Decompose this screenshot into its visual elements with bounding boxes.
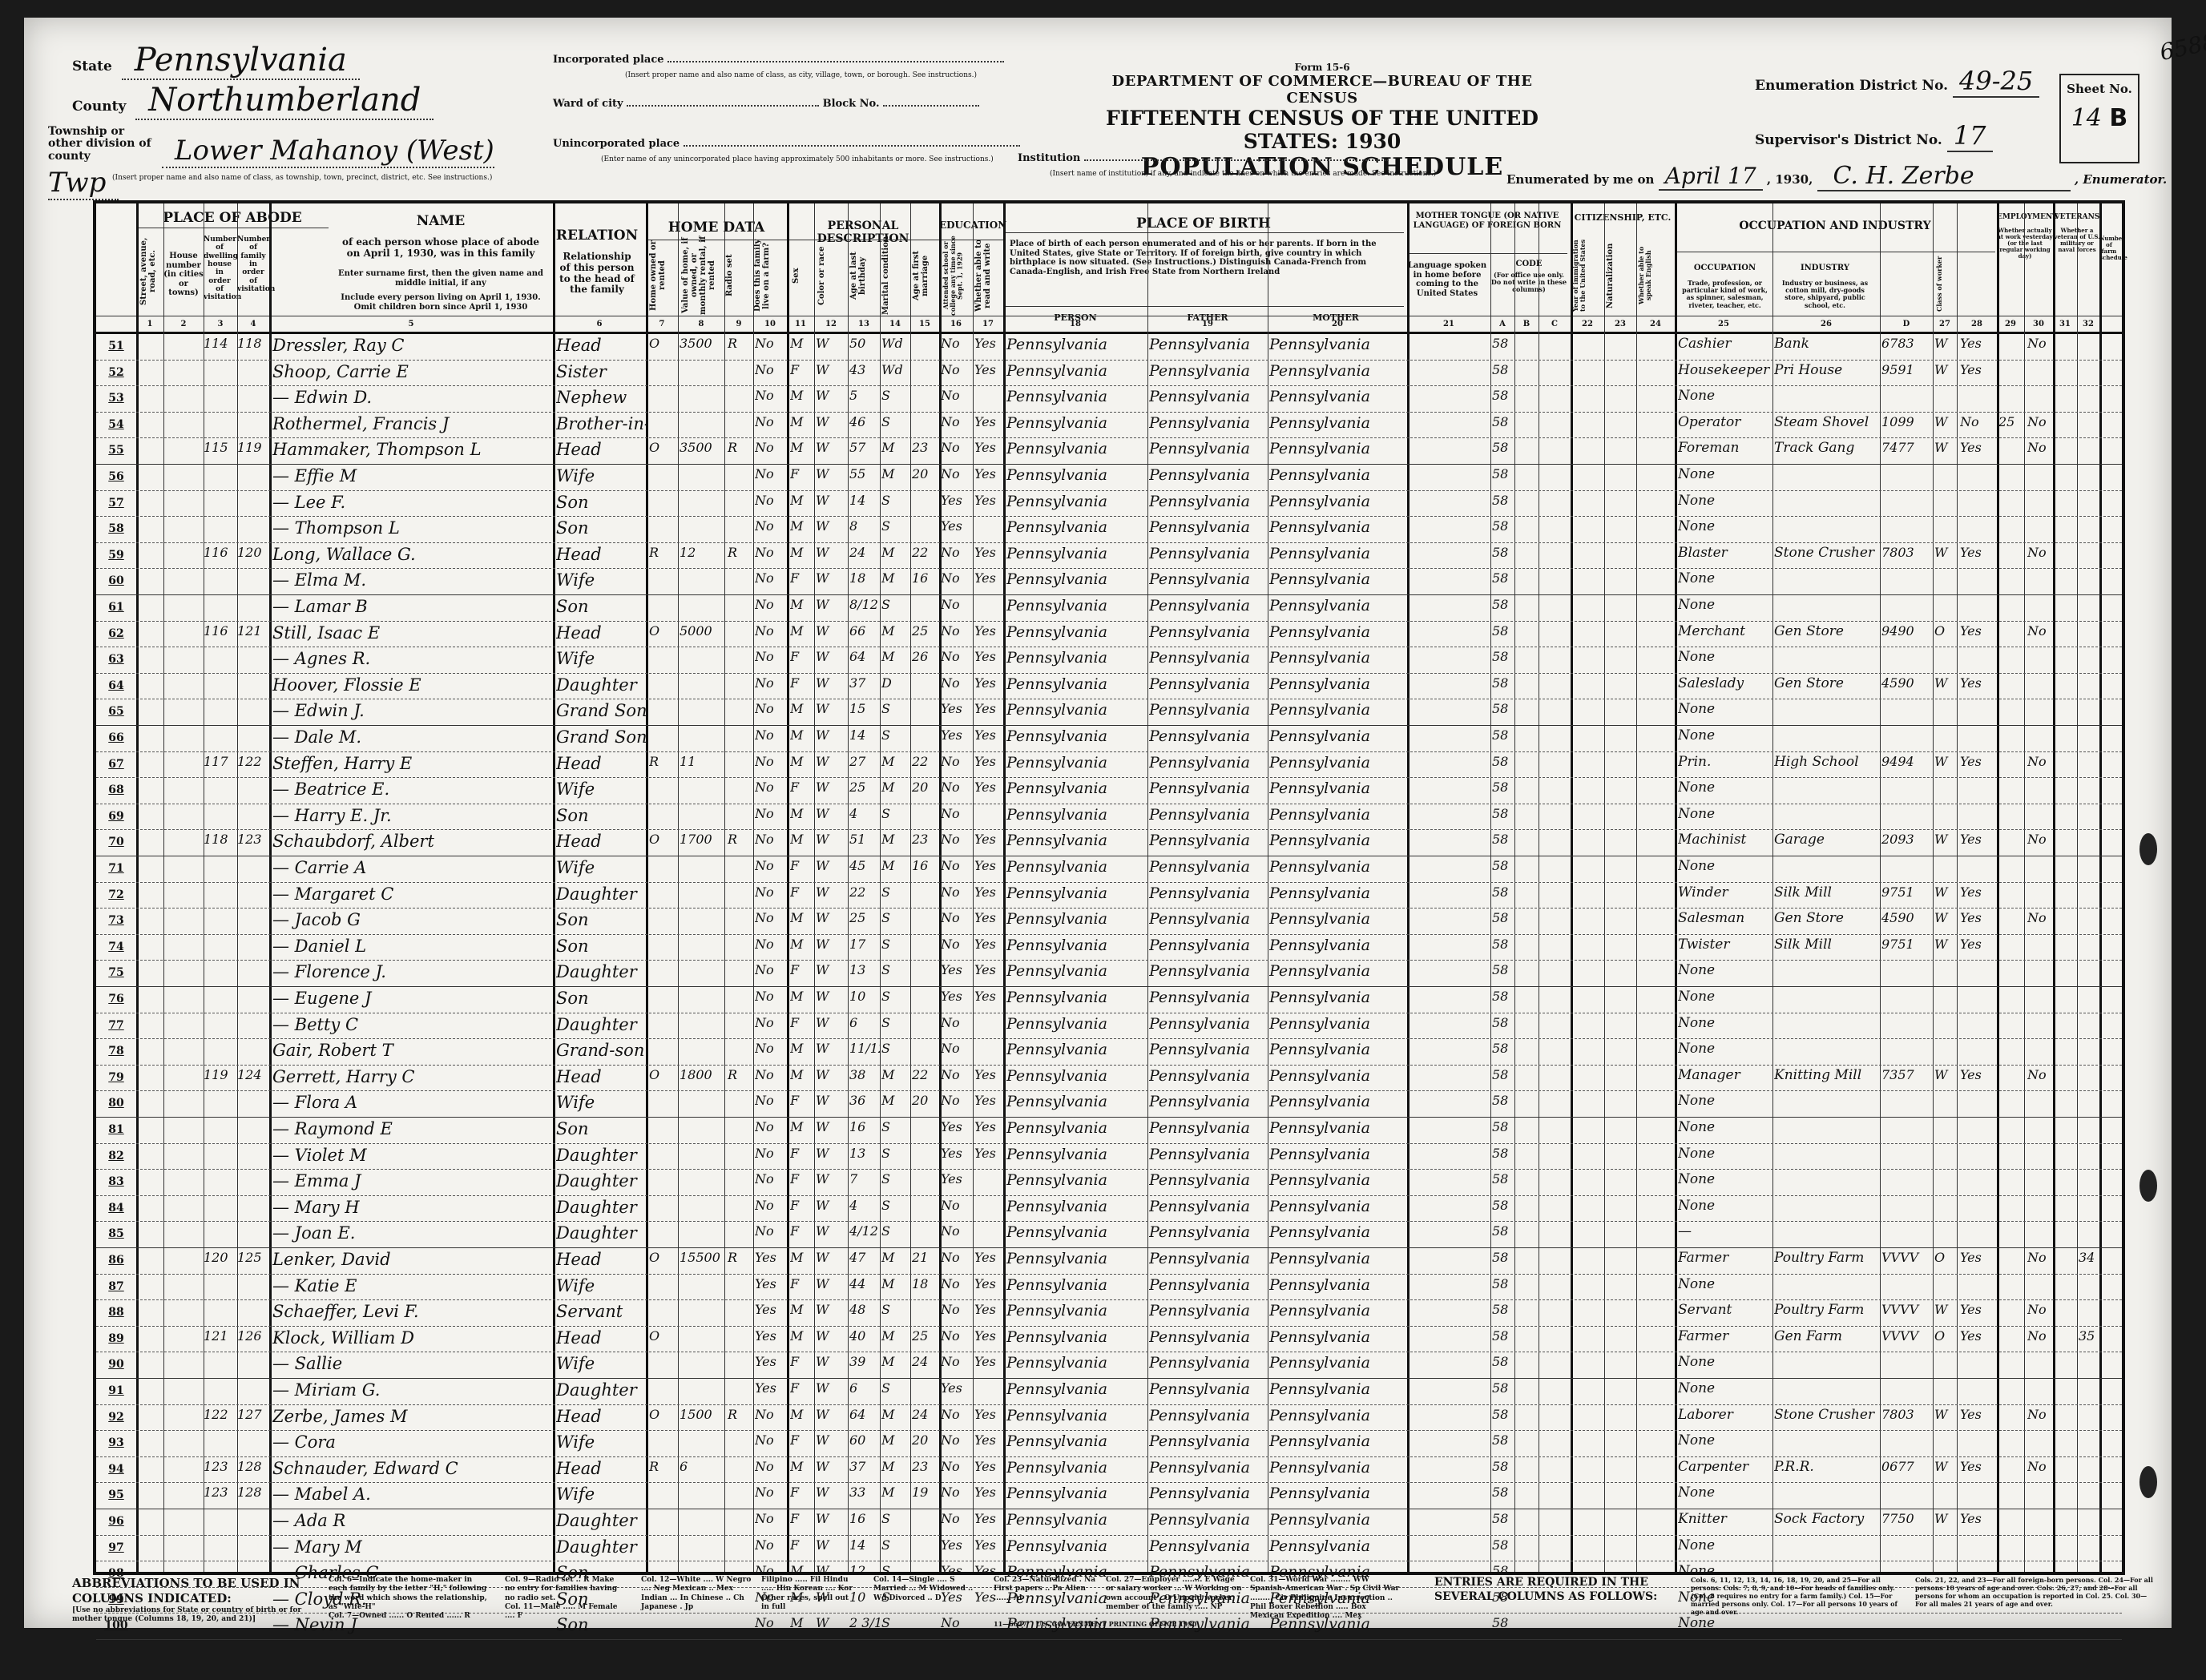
line-number: 85: [99, 1227, 133, 1240]
cell-father: Pennsylvania: [1149, 466, 1268, 484]
cell-age: 4: [849, 1198, 880, 1213]
cell-father: Pennsylvania: [1149, 858, 1268, 876]
cell-race: W: [816, 1380, 846, 1396]
column-number: 9: [724, 320, 753, 328]
cell-race: W: [816, 545, 846, 560]
cell-relation: Son: [556, 910, 646, 929]
cell-relation: Head: [556, 1067, 646, 1086]
cell-birth: Pennsylvania: [1006, 806, 1147, 824]
cell-marital: M: [881, 1459, 910, 1474]
cell-mother: Pennsylvania: [1269, 832, 1405, 849]
cell-industry: Bank: [1774, 336, 1880, 352]
column-number: 26: [1772, 320, 1880, 328]
cell-age: 14: [849, 727, 880, 743]
cell-farm: No: [755, 362, 787, 377]
cell-occupation: Prin.: [1678, 754, 1772, 770]
cell-age: 17: [849, 937, 880, 952]
cell-work: Yes: [1960, 1302, 1995, 1317]
industry-desc: Industry or business, as cotton mill, dr…: [1775, 280, 1875, 309]
supervisor-label: Supervisor's District No.: [1755, 132, 1942, 148]
cell-age-mar: 20: [912, 1432, 939, 1448]
cell-sex: M: [790, 701, 814, 716]
cell-age: 14: [849, 1537, 880, 1553]
cell-marital: S: [881, 1119, 910, 1134]
table-row: 83— Emma JDaughterNoFW7SYesPennsylvaniaP…: [96, 1169, 2122, 1196]
cell-sex: M: [790, 1459, 814, 1474]
township-note: (Insert proper name and also name of cla…: [112, 174, 492, 182]
cell-birth: Pennsylvania: [1006, 754, 1147, 772]
cell-farm: Yes: [755, 1354, 787, 1369]
cell-birth: Pennsylvania: [1006, 1537, 1147, 1555]
stamp-number: 6588: [2157, 28, 2206, 66]
cell-race: W: [816, 1067, 846, 1082]
cell-age-mar: 22: [912, 545, 939, 560]
cell-race: W: [816, 1171, 846, 1186]
cell-name: — Ada R: [272, 1511, 553, 1530]
column-number: 31: [2053, 320, 2077, 328]
cell-father: Pennsylvania: [1149, 1354, 1268, 1372]
cell-class: W: [1934, 675, 1957, 691]
cell-relation: Head: [556, 832, 646, 851]
column-number: 16: [939, 320, 973, 328]
cell-sex: M: [790, 937, 814, 952]
line-number: 87: [99, 1280, 133, 1293]
cell-marital: S: [881, 388, 910, 403]
table-row: 88Schaeffer, Levi F.ServantYesMW48SNoYes…: [96, 1299, 2122, 1327]
cell-code-a: 58: [1492, 858, 1514, 873]
cell-read: Yes: [974, 1328, 1003, 1344]
cell-occupation: Carpenter: [1678, 1459, 1772, 1475]
line-number: 88: [99, 1306, 133, 1319]
cell-father: Pennsylvania: [1149, 962, 1268, 980]
cell-school: No: [941, 649, 973, 664]
cell-marital: S: [881, 727, 910, 743]
cell-code-a: 58: [1492, 1407, 1514, 1422]
cell-vet: No: [2027, 1407, 2051, 1422]
print-code: 11—6627: [994, 1620, 1026, 1628]
line-number: 94: [99, 1463, 133, 1476]
group-occupation-industry: OCCUPATION AND INDUSTRY: [1675, 220, 1995, 232]
cell-occ-code: 7750: [1881, 1511, 1933, 1526]
cell-code-a: 58: [1492, 1015, 1514, 1030]
col-race: Color or race: [817, 236, 841, 316]
cell-mother: Pennsylvania: [1269, 1119, 1405, 1137]
cell-birth: Pennsylvania: [1006, 884, 1147, 902]
cell-name: — Cora: [272, 1432, 553, 1452]
cell-age: 8/12: [849, 597, 880, 612]
column-number: 6: [553, 320, 646, 328]
cell-birth: Pennsylvania: [1006, 1276, 1147, 1294]
cell-sex: M: [790, 1067, 814, 1082]
cell-marital: M: [881, 623, 910, 639]
cell-age: 51: [849, 832, 880, 847]
cell-farm: No: [755, 1146, 787, 1161]
cell-race: W: [816, 1511, 846, 1526]
cell-relation: Head: [556, 623, 646, 643]
cell-sex: F: [790, 1537, 814, 1553]
cell-sex: M: [790, 623, 814, 639]
table-row: 73— Jacob GSonNoMW25SNoYesPennsylvaniaPe…: [96, 908, 2122, 935]
cell-mother: Pennsylvania: [1269, 440, 1405, 457]
tongue-code: CODE: [1490, 260, 1567, 269]
table-row: 82— Violet MDaughterNoFW13SYesYesPennsyl…: [96, 1143, 2122, 1170]
department-title: DEPARTMENT OF COMMERCE—BUREAU OF THE CEN…: [1074, 73, 1571, 107]
cell-code-a: 58: [1492, 754, 1514, 769]
line-number: 65: [99, 705, 133, 718]
cell-marital: M: [881, 858, 910, 873]
cell-mother: Pennsylvania: [1269, 806, 1405, 824]
cell-occupation: None: [1678, 1093, 1772, 1109]
cell-radio: R: [728, 832, 752, 847]
cell-age: 16: [849, 1119, 880, 1134]
cell-marital: M: [881, 1250, 910, 1265]
cell-owned: O: [649, 832, 676, 847]
cell-mother: Pennsylvania: [1269, 727, 1405, 745]
cell-occupation: None: [1678, 701, 1772, 717]
cell-farm: Yes: [755, 1276, 787, 1291]
cell-school: No: [941, 570, 973, 586]
cell-dwelling: 114: [204, 336, 237, 351]
abbrev-col31: Col. 31—World War ........ WW Spanish-Am…: [1250, 1576, 1402, 1621]
cell-occupation: None: [1678, 858, 1772, 874]
cell-occ-code: 7803: [1881, 545, 1933, 560]
cell-occupation: None: [1678, 1432, 1772, 1448]
cell-sex: M: [790, 989, 814, 1004]
cell-relation: Head: [556, 336, 646, 355]
cell-father: Pennsylvania: [1149, 545, 1268, 562]
cell-birth: Pennsylvania: [1006, 1223, 1147, 1241]
cell-marital: Wd: [881, 336, 910, 351]
column-number: 17: [973, 320, 1003, 328]
binder-hole: [2139, 1170, 2157, 1202]
cell-relation: Son: [556, 989, 646, 1008]
cell-read: Yes: [974, 754, 1003, 769]
abbrev-col12: Col. 12—White .... W Negro .... Neg Mexi…: [641, 1576, 753, 1612]
cell-occupation: Saleslady: [1678, 675, 1772, 691]
cell-name: — Mary M: [272, 1537, 553, 1557]
cell-occ-code: 7357: [1881, 1067, 1933, 1082]
cell-code-a: 58: [1492, 623, 1514, 639]
supervisor-field: Supervisor's District No. 17: [1755, 120, 1993, 151]
line-number: 61: [99, 601, 133, 614]
cell-father: Pennsylvania: [1149, 832, 1268, 849]
cell-industry: Gen Store: [1774, 623, 1880, 639]
population-schedule-table: PLACE OF ABODE NAME of each person whose…: [93, 200, 2125, 1575]
cell-age: 64: [849, 649, 880, 664]
cell-class: W: [1934, 884, 1957, 900]
tongue-code-desc: (For office use only. Do not write in th…: [1490, 272, 1567, 294]
cell-relation: Wife: [556, 1354, 646, 1373]
cell-school: No: [941, 675, 973, 691]
cell-vet: No: [2027, 832, 2051, 847]
cell-family: 128: [237, 1485, 269, 1500]
cell-marital: S: [881, 518, 910, 534]
cell-birth: Pennsylvania: [1006, 1407, 1147, 1424]
column-number: 21: [1407, 320, 1490, 328]
cell-code-a: 58: [1492, 1302, 1514, 1317]
cell-mother: Pennsylvania: [1269, 493, 1405, 510]
line-number: 84: [99, 1202, 133, 1215]
cell-father: Pennsylvania: [1149, 362, 1268, 380]
cell-name: — Lee F.: [272, 493, 553, 512]
cell-mother: Pennsylvania: [1269, 649, 1405, 667]
cell-age: 8: [849, 518, 880, 534]
table-row: 66— Dale M.Grand SonNoMW14SYesYesPennsyl…: [96, 725, 2122, 752]
cell-owned: O: [649, 1067, 676, 1082]
column-number: 13: [848, 320, 880, 328]
cell-age: 18: [849, 570, 880, 586]
cell-birth: Pennsylvania: [1006, 1119, 1147, 1137]
cell-father: Pennsylvania: [1149, 1302, 1268, 1319]
cell-read: Yes: [974, 858, 1003, 873]
cell-family: 121: [237, 623, 269, 639]
cell-race: W: [816, 1432, 846, 1448]
cell-dwelling: 120: [204, 1250, 237, 1265]
cell-relation: Son: [556, 493, 646, 512]
cell-marital: M: [881, 466, 910, 481]
cell-code-a: 58: [1492, 910, 1514, 925]
cell-school: Yes: [941, 1380, 973, 1396]
cell-dwelling: 115: [204, 440, 237, 455]
line-number: 71: [99, 862, 133, 875]
enum-district-field: Enumeration District No. 49-25: [1755, 66, 2039, 96]
line-number: 73: [99, 914, 133, 927]
cell-value: 1700: [680, 832, 724, 847]
cell-father: Pennsylvania: [1149, 780, 1268, 797]
column-number: 25: [1675, 320, 1772, 328]
cell-farm: No: [755, 858, 787, 873]
cell-sex: M: [790, 727, 814, 743]
col-family: Number of family in order of visitation: [237, 236, 269, 293]
name-desc2: Enter surname first, then the given name…: [337, 269, 545, 288]
cell-sex: M: [790, 806, 814, 821]
cell-class: O: [1934, 1328, 1957, 1344]
col-school: Attended school or college any time sinc…: [942, 236, 971, 316]
cell-dwelling: 123: [204, 1485, 237, 1500]
cell-work: Yes: [1960, 1250, 1995, 1265]
cell-mother: Pennsylvania: [1269, 336, 1405, 353]
cell-age: 33: [849, 1485, 880, 1500]
cell-school: Yes: [941, 962, 973, 977]
cell-race: W: [816, 336, 846, 351]
col-occupation: OCCUPATION: [1679, 264, 1771, 273]
line-number: 92: [99, 1411, 133, 1424]
cell-code-a: 58: [1492, 1459, 1514, 1474]
table-row: 52Shoop, Carrie ESisterNoFW43WdNoYesPenn…: [96, 360, 2122, 387]
cell-class: W: [1934, 832, 1957, 847]
cell-age: 22: [849, 884, 880, 900]
col-english: Whether able to speak English: [1638, 236, 1667, 316]
cell-school: Yes: [941, 1119, 973, 1134]
cell-code-a: 58: [1492, 962, 1514, 977]
cell-occupation: Cashier: [1678, 336, 1772, 352]
cell-read: Yes: [974, 1511, 1003, 1526]
cell-sex: M: [790, 1328, 814, 1344]
cell-school: No: [941, 1407, 973, 1422]
cell-father: Pennsylvania: [1149, 1537, 1268, 1555]
cell-family: 118: [237, 336, 269, 351]
group-citizenship: CITIZENSHIP, ETC.: [1571, 213, 1675, 224]
cell-marital: S: [881, 806, 910, 821]
cell-birth: Pennsylvania: [1006, 1171, 1147, 1189]
cell-vet: No: [2027, 1459, 2051, 1474]
cell-farm: No: [755, 518, 787, 534]
cell-relation: Son: [556, 597, 646, 616]
cell-farm: No: [755, 493, 787, 508]
cell-name: Schaeffer, Levi F.: [272, 1302, 553, 1321]
cell-school: No: [941, 545, 973, 560]
cell-name: Steffen, Harry E: [272, 754, 553, 773]
table-row: 61— Lamar BSonNoMW8/12SNoPennsylvaniaPen…: [96, 594, 2122, 622]
cell-name: — Emma J: [272, 1171, 553, 1191]
cell-name: Shoop, Carrie E: [272, 362, 553, 381]
cell-dwelling: 116: [204, 623, 237, 639]
cell-occupation: None: [1678, 570, 1772, 586]
cell-sex: F: [790, 1146, 814, 1161]
cell-age: 60: [849, 1432, 880, 1448]
table-row: 71— Carrie AWifeNoFW45M16NoYesPennsylvan…: [96, 856, 2122, 883]
cell-owned: O: [649, 1250, 676, 1265]
cell-relation: Wife: [556, 858, 646, 877]
entries-rules-2: Cols. 21, 22, and 23—For all foreign-bor…: [1915, 1576, 2156, 1608]
cell-farm-sched: 34: [2079, 1250, 2099, 1265]
cell-marital: M: [881, 754, 910, 769]
cell-sex: F: [790, 1015, 814, 1030]
cell-age: 6: [849, 1380, 880, 1396]
cell-occ-code: VVVV: [1881, 1302, 1933, 1317]
line-number: 67: [99, 758, 133, 771]
cell-school: No: [941, 414, 973, 429]
cell-father: Pennsylvania: [1149, 1459, 1268, 1477]
cell-occupation: Farmer: [1678, 1328, 1772, 1344]
cell-farm: No: [755, 1511, 787, 1526]
cell-sex: F: [790, 570, 814, 586]
line-number: 86: [99, 1254, 133, 1267]
enumerator-label: , Enumerator.: [2075, 172, 2167, 187]
cell-mother: Pennsylvania: [1269, 1485, 1405, 1502]
cell-code-a: 58: [1492, 597, 1514, 612]
cell-marital: M: [881, 1093, 910, 1108]
incorporated-note: (Insert proper name and also name of cla…: [625, 71, 977, 79]
cell-sex: F: [790, 362, 814, 377]
cell-birth: Pennsylvania: [1006, 1328, 1147, 1346]
printer-line: U.S. GOVERNMENT PRINTING OFFICE 1930: [1036, 1620, 1197, 1628]
cell-farm: No: [755, 884, 787, 900]
cell-farm: No: [755, 466, 787, 481]
cell-occ-code: 9591: [1881, 362, 1933, 377]
cell-race: W: [816, 910, 846, 925]
cell-father: Pennsylvania: [1149, 1093, 1268, 1110]
cell-school: No: [941, 440, 973, 455]
institution-field: Institution: [1018, 152, 1389, 164]
cell-read: Yes: [974, 493, 1003, 508]
cell-age-mar: 25: [912, 623, 939, 639]
col-age: Age at last birthday: [849, 236, 873, 316]
col-naturalization: Naturalization: [1606, 236, 1630, 316]
cell-school: No: [941, 623, 973, 639]
cell-mother: Pennsylvania: [1269, 1276, 1405, 1294]
cell-name: — Lamar B: [272, 597, 553, 616]
col-read-write: Whether able to read and write: [974, 236, 998, 316]
cell-name: — Mabel A.: [272, 1485, 553, 1504]
cell-age-mar: 16: [912, 858, 939, 873]
cell-birth: Pennsylvania: [1006, 1015, 1147, 1033]
cell-relation: Son: [556, 1119, 646, 1138]
cell-name: Long, Wallace G.: [272, 545, 553, 564]
cell-read: Yes: [974, 336, 1003, 351]
cell-age-mar: 23: [912, 832, 939, 847]
cell-school: No: [941, 1511, 973, 1526]
cell-industry: Garage: [1774, 832, 1880, 848]
cell-school: No: [941, 832, 973, 847]
cell-farm: No: [755, 962, 787, 977]
cell-age: 27: [849, 754, 880, 769]
cell-birth: Pennsylvania: [1006, 1380, 1147, 1398]
cell-age: 4: [849, 806, 880, 821]
cell-code-a: 58: [1492, 1485, 1514, 1500]
cell-race: W: [816, 1407, 846, 1422]
cell-relation: Grand Son: [556, 727, 646, 747]
cell-industry: Silk Mill: [1774, 884, 1880, 900]
cell-occupation: None: [1678, 780, 1772, 796]
line-number: 91: [99, 1384, 133, 1397]
cell-marital: M: [881, 1067, 910, 1082]
cell-age: 36: [849, 1093, 880, 1108]
cell-marital: M: [881, 1407, 910, 1422]
cell-school: Yes: [941, 989, 973, 1004]
column-number: 8: [678, 320, 724, 328]
table-row: 58— Thompson LSonNoMW8SYesPennsylvaniaPe…: [96, 516, 2122, 543]
cell-farm: No: [755, 623, 787, 639]
cell-school: No: [941, 1093, 973, 1108]
enumerated-label: Enumerated by me on: [1506, 172, 1654, 187]
cell-age: 37: [849, 1459, 880, 1474]
cell-industry: Track Gang: [1774, 440, 1880, 456]
cell-age: 40: [849, 1328, 880, 1344]
cell-marital: M: [881, 780, 910, 795]
table-row: 89121126Klock, William DHeadOYesMW40M25N…: [96, 1326, 2122, 1353]
cell-occupation: None: [1678, 1015, 1772, 1031]
cell-code-a: 58: [1492, 1198, 1514, 1213]
cell-sex: F: [790, 1511, 814, 1526]
cell-occupation: None: [1678, 1041, 1772, 1057]
cell-read: Yes: [974, 1537, 1003, 1553]
cell-industry: Silk Mill: [1774, 937, 1880, 953]
cell-birth: Pennsylvania: [1006, 518, 1147, 536]
table-row: 63— Agnes R.WifeNoFW64M26NoYesPennsylvan…: [96, 647, 2122, 674]
cell-race: W: [816, 362, 846, 377]
cell-marital: M: [881, 545, 910, 560]
cell-mother: Pennsylvania: [1269, 1432, 1405, 1450]
ward-label: Ward of city: [553, 98, 623, 110]
cell-race: W: [816, 570, 846, 586]
cell-class: O: [1934, 623, 1957, 639]
cell-father: Pennsylvania: [1149, 1067, 1268, 1085]
group-place-of-abode: PLACE OF ABODE: [136, 210, 329, 226]
cell-birth: Pennsylvania: [1006, 1432, 1147, 1450]
column-number: 20: [1268, 320, 1407, 328]
cell-code-a: 58: [1492, 1171, 1514, 1186]
table-row: 92122127Zerbe, James MHeadO1500RNoMW64M2…: [96, 1404, 2122, 1432]
enumerated-year: , 1930,: [1767, 172, 1813, 187]
abbrev-col7: Col. 7—Owned ...... O Rented ...... R: [329, 1612, 489, 1621]
cell-school: Yes: [941, 701, 973, 716]
cell-age-mar: 23: [912, 440, 939, 455]
cell-age: 7: [849, 1171, 880, 1186]
cell-race: W: [816, 1354, 846, 1369]
cell-industry: Stone Crusher: [1774, 1407, 1880, 1423]
cell-sex: M: [790, 1250, 814, 1265]
